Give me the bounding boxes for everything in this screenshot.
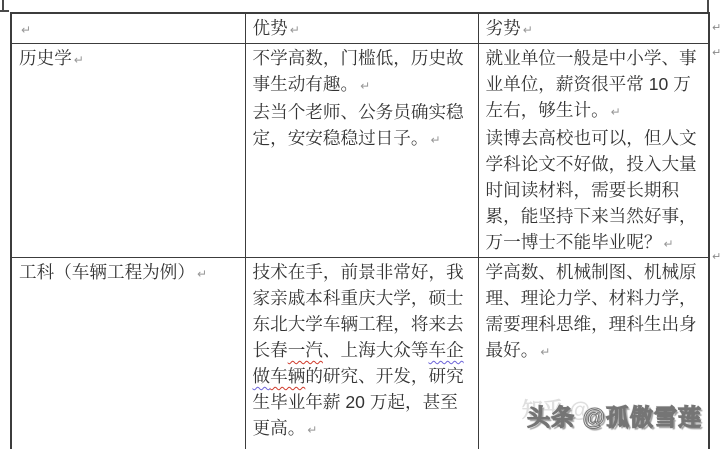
cell-engineering-advantages: 技术在手，前景非常好，我家亲戚本科重庆大学，硕士东北大学车辆工程，将来去长春一汽…	[245, 258, 478, 449]
header-row: ↵ 优势↵ 劣势↵	[11, 13, 709, 44]
paragraph-mark: ↵	[197, 267, 207, 281]
history-disadvantage-paragraph-1: 就业单位一般是中小学、事业单位，薪资很平常 10 万左右，够生计。↵	[486, 45, 702, 125]
paragraph-mark: ↵	[21, 23, 31, 37]
header-cell-disadvantages: 劣势↵	[478, 13, 709, 44]
engineering-advantage-paragraph: 技术在手，前景非常好，我家亲戚本科重庆大学，硕士东北大学车辆工程，将来去长春一汽…	[253, 259, 471, 443]
cell-engineering-subject: 工科（车辆工程为例）↵	[11, 258, 245, 449]
paragraph-mark: ↵	[360, 79, 370, 93]
paragraph-mark: ↵	[74, 53, 84, 67]
paragraph-mark: ↵	[307, 423, 317, 437]
document-page: ↵ 优势↵ 劣势↵ 历史学↵ 不学高数，门槛低，历史故事生动有趣。↵ 去当个老师…	[0, 0, 720, 449]
paragraph-mark: ↵	[290, 23, 300, 37]
history-disadvantage-paragraph-2: 读博去高校也可以，但人文学科论文不好做，投入大量时间读材料，需要长期积累，能坚持…	[486, 125, 702, 257]
row-end-marker: ↵	[712, 46, 720, 59]
watermark: 头条 @孤傲雪莲	[527, 399, 702, 432]
spellcheck-marked-text: 车辆	[270, 366, 305, 386]
paragraph-mark: ↵	[523, 23, 533, 37]
paragraph-mark: ↵	[430, 133, 440, 147]
paragraph-mark: ↵	[663, 237, 673, 251]
header-advantages-label: 优势	[253, 18, 288, 38]
engineering-disadvantage-paragraph: 学高数、机械制图、机械原理、理论力学、材料力学，需要理科思维，理科生出身最好。↵	[486, 259, 702, 365]
row-end-marker: ↵	[712, 21, 720, 34]
row-history: 历史学↵ 不学高数，门槛低，历史故事生动有趣。↵ 去当个老师、公务员确实稳定，安…	[11, 44, 709, 258]
header-cell-advantages: 优势↵	[245, 13, 478, 44]
cell-history-subject: 历史学↵	[11, 44, 245, 258]
header-cell-subject: ↵	[11, 13, 245, 44]
spellcheck-marked-text: 一汽	[288, 340, 323, 360]
cutoff-border-fragment-left-bottom	[0, 10, 9, 12]
empty-paragraph: ↵	[19, 15, 238, 43]
paragraph-mark: ↵	[611, 105, 621, 119]
header-disadvantages-label: 劣势	[486, 18, 521, 38]
subject-label: 历史学	[19, 48, 72, 68]
cutoff-border-fragment-right	[707, 0, 709, 12]
row-end-marker: ↵	[712, 250, 720, 263]
cell-history-disadvantages: 就业单位一般是中小学、事业单位，薪资很平常 10 万左右，够生计。↵ 读博去高校…	[478, 44, 709, 258]
cell-history-advantages: 不学高数，门槛低，历史故事生动有趣。↵ 去当个老师、公务员确实稳定，安安稳稳过日…	[245, 44, 478, 258]
history-advantage-paragraph-1: 不学高数，门槛低，历史故事生动有趣。↵	[253, 45, 471, 99]
history-advantage-paragraph-2: 去当个老师、公务员确实稳定，安安稳稳过日子。↵	[253, 99, 471, 153]
subject-label: 工科（车辆工程为例）	[19, 262, 195, 282]
majors-comparison-table: ↵ 优势↵ 劣势↵ 历史学↵ 不学高数，门槛低，历史故事生动有趣。↵ 去当个老师…	[10, 12, 710, 449]
paragraph-mark: ↵	[540, 345, 550, 359]
